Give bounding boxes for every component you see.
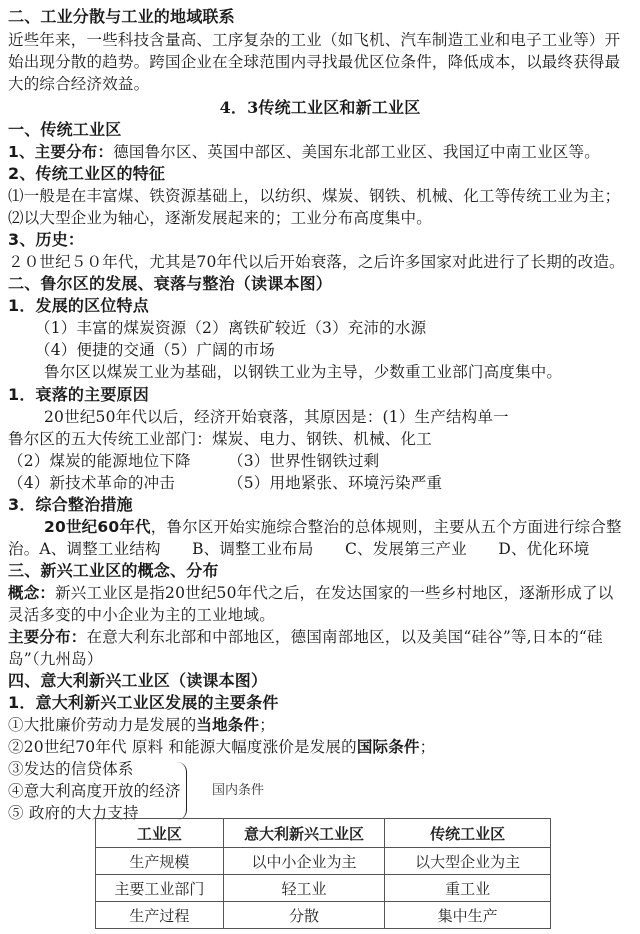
distribution-line: 1、主要分布：德国鲁尔区、英国中部区、美国东北部工业区、我国辽中南工业区等。 [8, 141, 600, 163]
concept-line: 灵活多变的中小企业为主的工业地域。 [8, 604, 275, 626]
concept-text: 新兴工业区是指20世纪50年代之后，在发达国家的一些乡村地区，逐渐形成了以 [55, 584, 613, 602]
history-heading: 3、历史： [8, 229, 84, 251]
table-cell: 以大型企业为主 [385, 848, 551, 875]
decline-reason-4: （4）新技术革命的冲击 [8, 474, 175, 492]
decline-reason-3: （3）世界性钢铁过剩 [228, 450, 379, 472]
feature-item: ⑵以大型企业为轴心，逐渐发展起来的；工业分布高度集中。 [8, 207, 432, 229]
location-summary: 鲁尔区以煤炭工业为基础，以钢铁工业为主导，少数重工业部门高度集中。 [44, 361, 562, 383]
section-heading-traditional-industrial-areas: 一、传统工业区 [8, 119, 121, 141]
punctuation: ； [259, 716, 275, 734]
section-heading-new-industrial-areas: 三、新兴工业区的概念、分布 [8, 560, 219, 582]
table-header: 工业区 [96, 819, 224, 848]
international-conditions-label: 国际条件 [357, 738, 420, 756]
paragraph-line: 始出现分散的趋势。跨国企业在全球范围内寻找最优区位条件，降低成本，以最终获得最 [8, 51, 620, 73]
condition-item: ④意大利高度开放的经济 [8, 780, 180, 802]
table-cell: 主要工业部门 [96, 875, 224, 902]
decline-reason-2: （2）煤炭的能源地位下降 [8, 452, 191, 470]
location-heading: 1．发展的区位特点 [8, 295, 149, 317]
distribution-label: 主要分布： [8, 628, 87, 646]
table-cell: 生产过程 [96, 902, 224, 929]
measures-list: 治。A、调整工业结构 B、调整工业布局 C、发展第三产业 D、优化环境 [8, 538, 589, 560]
condition-text: ①大批廉价劳动力是发展的 [8, 716, 196, 734]
measures-heading: 3．综合整治措施 [8, 494, 133, 516]
location-factors: （1）丰富的煤炭资源（2）离铁矿较近（3）充沛的水源 [35, 317, 426, 339]
distribution-label: 1、主要分布： [8, 143, 113, 161]
table-row: 主要工业部门 轻工业 重工业 [96, 875, 551, 902]
table-cell: 分散 [223, 902, 385, 929]
conditions-heading: 1．意大利新兴工业区发展的主要条件 [8, 692, 279, 714]
condition-item: ②20世纪70年代 原料 和能源大幅度涨价是发展的国际条件； [8, 736, 435, 758]
table-header: 意大利新兴工业区 [223, 819, 385, 848]
brace-icon [176, 762, 187, 820]
table-row: 生产规模 以中小企业为主 以大型企业为主 [96, 848, 551, 875]
domestic-conditions-label: 国内条件 [212, 782, 264, 800]
table-cell: 重工业 [385, 875, 551, 902]
comparison-table: 工业区 意大利新兴工业区 传统工业区 生产规模 以中小企业为主 以大型企业为主 … [95, 818, 551, 929]
local-conditions-label: 当地条件 [196, 716, 259, 734]
measures-text: 20世纪60年代，鲁尔区开始实施综合整治的总体规则，主要从五个方面进行综合整 [44, 516, 622, 538]
decline-reason: （4）新技术革命的冲击（5）用地紧张、环境污染严重 [8, 472, 175, 494]
decline-reason: 20世纪50年代以后，经济开始衰落，其原因是：(1）生产结构单一 [44, 406, 509, 428]
paragraph-line: 大的综合经济效益。 [8, 73, 149, 95]
punctuation: ； [420, 738, 436, 756]
table-header-row: 工业区 意大利新兴工业区 传统工业区 [96, 819, 551, 848]
concept-label: 概念： [8, 584, 55, 602]
table-cell: 以中小企业为主 [223, 848, 385, 875]
table-cell: 生产规模 [96, 848, 224, 875]
condition-item: ①大批廉价劳动力是发展的当地条件； [8, 714, 275, 736]
section-heading-ruhr: 二、鲁尔区的发展、衰落与整治（读课本图） [8, 273, 332, 295]
condition-item: ③发达的信贷体系 [8, 758, 134, 780]
features-heading: 2、传统工业区的特征 [8, 163, 165, 185]
condition-text: ②20世纪70年代 原料 和能源大幅度涨价是发展的 [8, 738, 357, 756]
location-factors: （4）便捷的交通（5）广阔的市场 [35, 339, 275, 361]
section-heading-italy: 四、意大利新兴工业区（读课本图） [8, 670, 267, 692]
table-cell: 集中生产 [385, 902, 551, 929]
distribution-text: 在意大利东北部和中部地区，德国南部地区，以及美国“硅谷”等,日本的“硅 [87, 628, 603, 646]
decline-heading: 1．衰落的主要原因 [8, 384, 149, 406]
distribution-line: 主要分布：在意大利东北部和中部地区，德国南部地区，以及美国“硅谷”等,日本的“硅 [8, 626, 603, 648]
table-header: 传统工业区 [385, 819, 551, 848]
measures-date: 20世纪60年代 [44, 518, 151, 536]
section-heading-industrial-dispersion: 二、工业分散与工业的地域联系 [8, 6, 235, 28]
paragraph-line: 近些年来，一些科技含量高、工序复杂的工业（如飞机、汽车制造工业和电子工业等）开 [8, 29, 620, 51]
concept-line: 概念：新兴工业区是指20世纪50年代之后，在发达国家的一些乡村地区，逐渐形成了以 [8, 582, 613, 604]
distribution-line: 岛”（九州岛） [8, 648, 103, 670]
table-cell: 轻工业 [223, 875, 385, 902]
decline-reason-5: （5）用地紧张、环境污染严重 [228, 472, 442, 494]
decline-reason: （2）煤炭的能源地位下降（3）世界性钢铁过剩 [8, 450, 191, 472]
feature-item: ⑴一般是在丰富煤、铁资源基础上，以纺织、煤炭、钢铁、机械、化工等传统工业为主； [8, 185, 620, 207]
measures-desc: ，鲁尔区开始实施综合整治的总体规则，主要从五个方面进行综合整 [151, 518, 622, 536]
table-row: 生产过程 分散 集中生产 [96, 902, 551, 929]
decline-reason: 鲁尔区的五大传统工业部门：煤炭、电力、钢铁、机械、化工 [8, 428, 432, 450]
distribution-text: 德国鲁尔区、英国中部区、美国东北部工业区、我国辽中南工业区等。 [113, 143, 600, 161]
history-text: ２０世纪５０年代，尤其是70年代以后开始衰落，之后许多国家对此进行了长期的改造。 [8, 251, 625, 273]
document-title: 4．3传统工业区和新工业区 [0, 97, 640, 119]
